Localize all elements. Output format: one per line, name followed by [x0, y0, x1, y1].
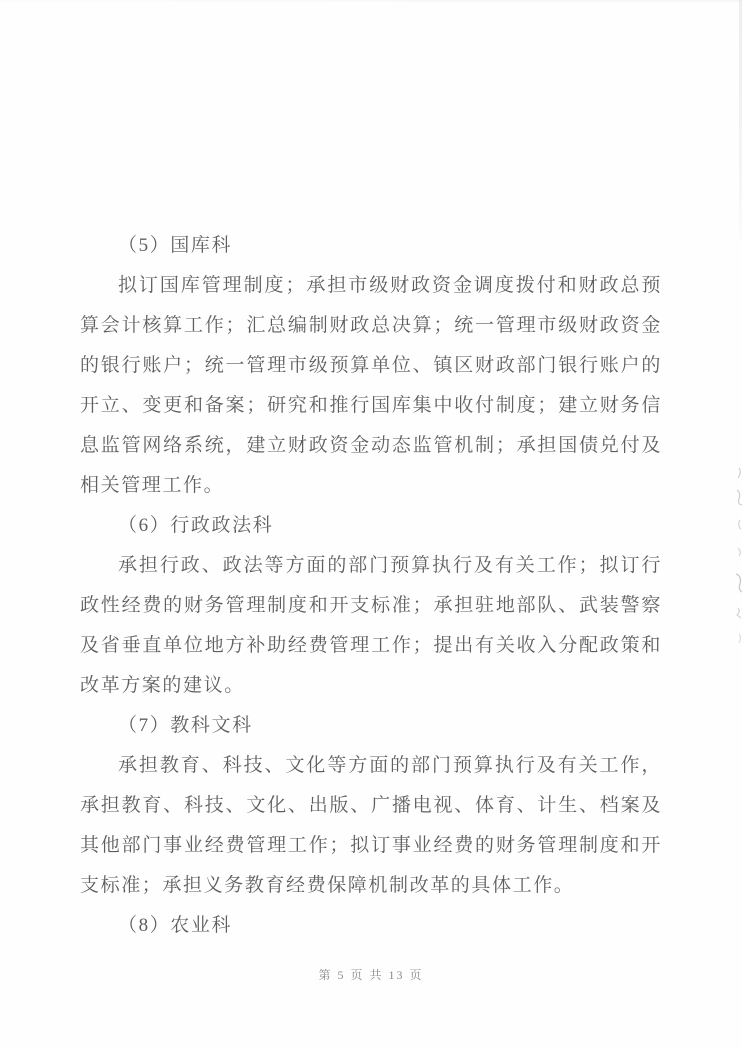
section-heading-5: （5）国库科	[80, 226, 662, 266]
document-text-block: （5）国库科 拟订国库管理制度；承担市级财政资金调度拨付和财政总预算会计核算工作…	[80, 226, 662, 946]
section-body-6: 承担行政、政法等方面的部门预算执行及有关工作；拟订行政性经费的财务管理制度和开支…	[80, 546, 662, 706]
section-body-7: 承担教育、科技、文化等方面的部门预算执行及有关工作，承担教育、科技、文化、出版、…	[80, 746, 662, 906]
scan-edge-top	[0, 0, 742, 2]
section-heading-6: （6）行政政法科	[80, 506, 662, 546]
section-body-5: 拟订国库管理制度；承担市级财政资金调度拨付和财政总预算会计核算工作；汇总编制财政…	[80, 266, 662, 506]
section-heading-8: （8）农业科	[80, 906, 662, 946]
page-footer: 第 5 页 共 13 页	[0, 966, 742, 984]
scanned-document-page: （5）国库科 拟订国库管理制度；承担市级财政资金调度拨付和财政总预算会计核算工作…	[0, 0, 742, 1050]
scan-artifact-marks	[726, 462, 742, 652]
section-heading-7: （7）教科文科	[80, 706, 662, 746]
